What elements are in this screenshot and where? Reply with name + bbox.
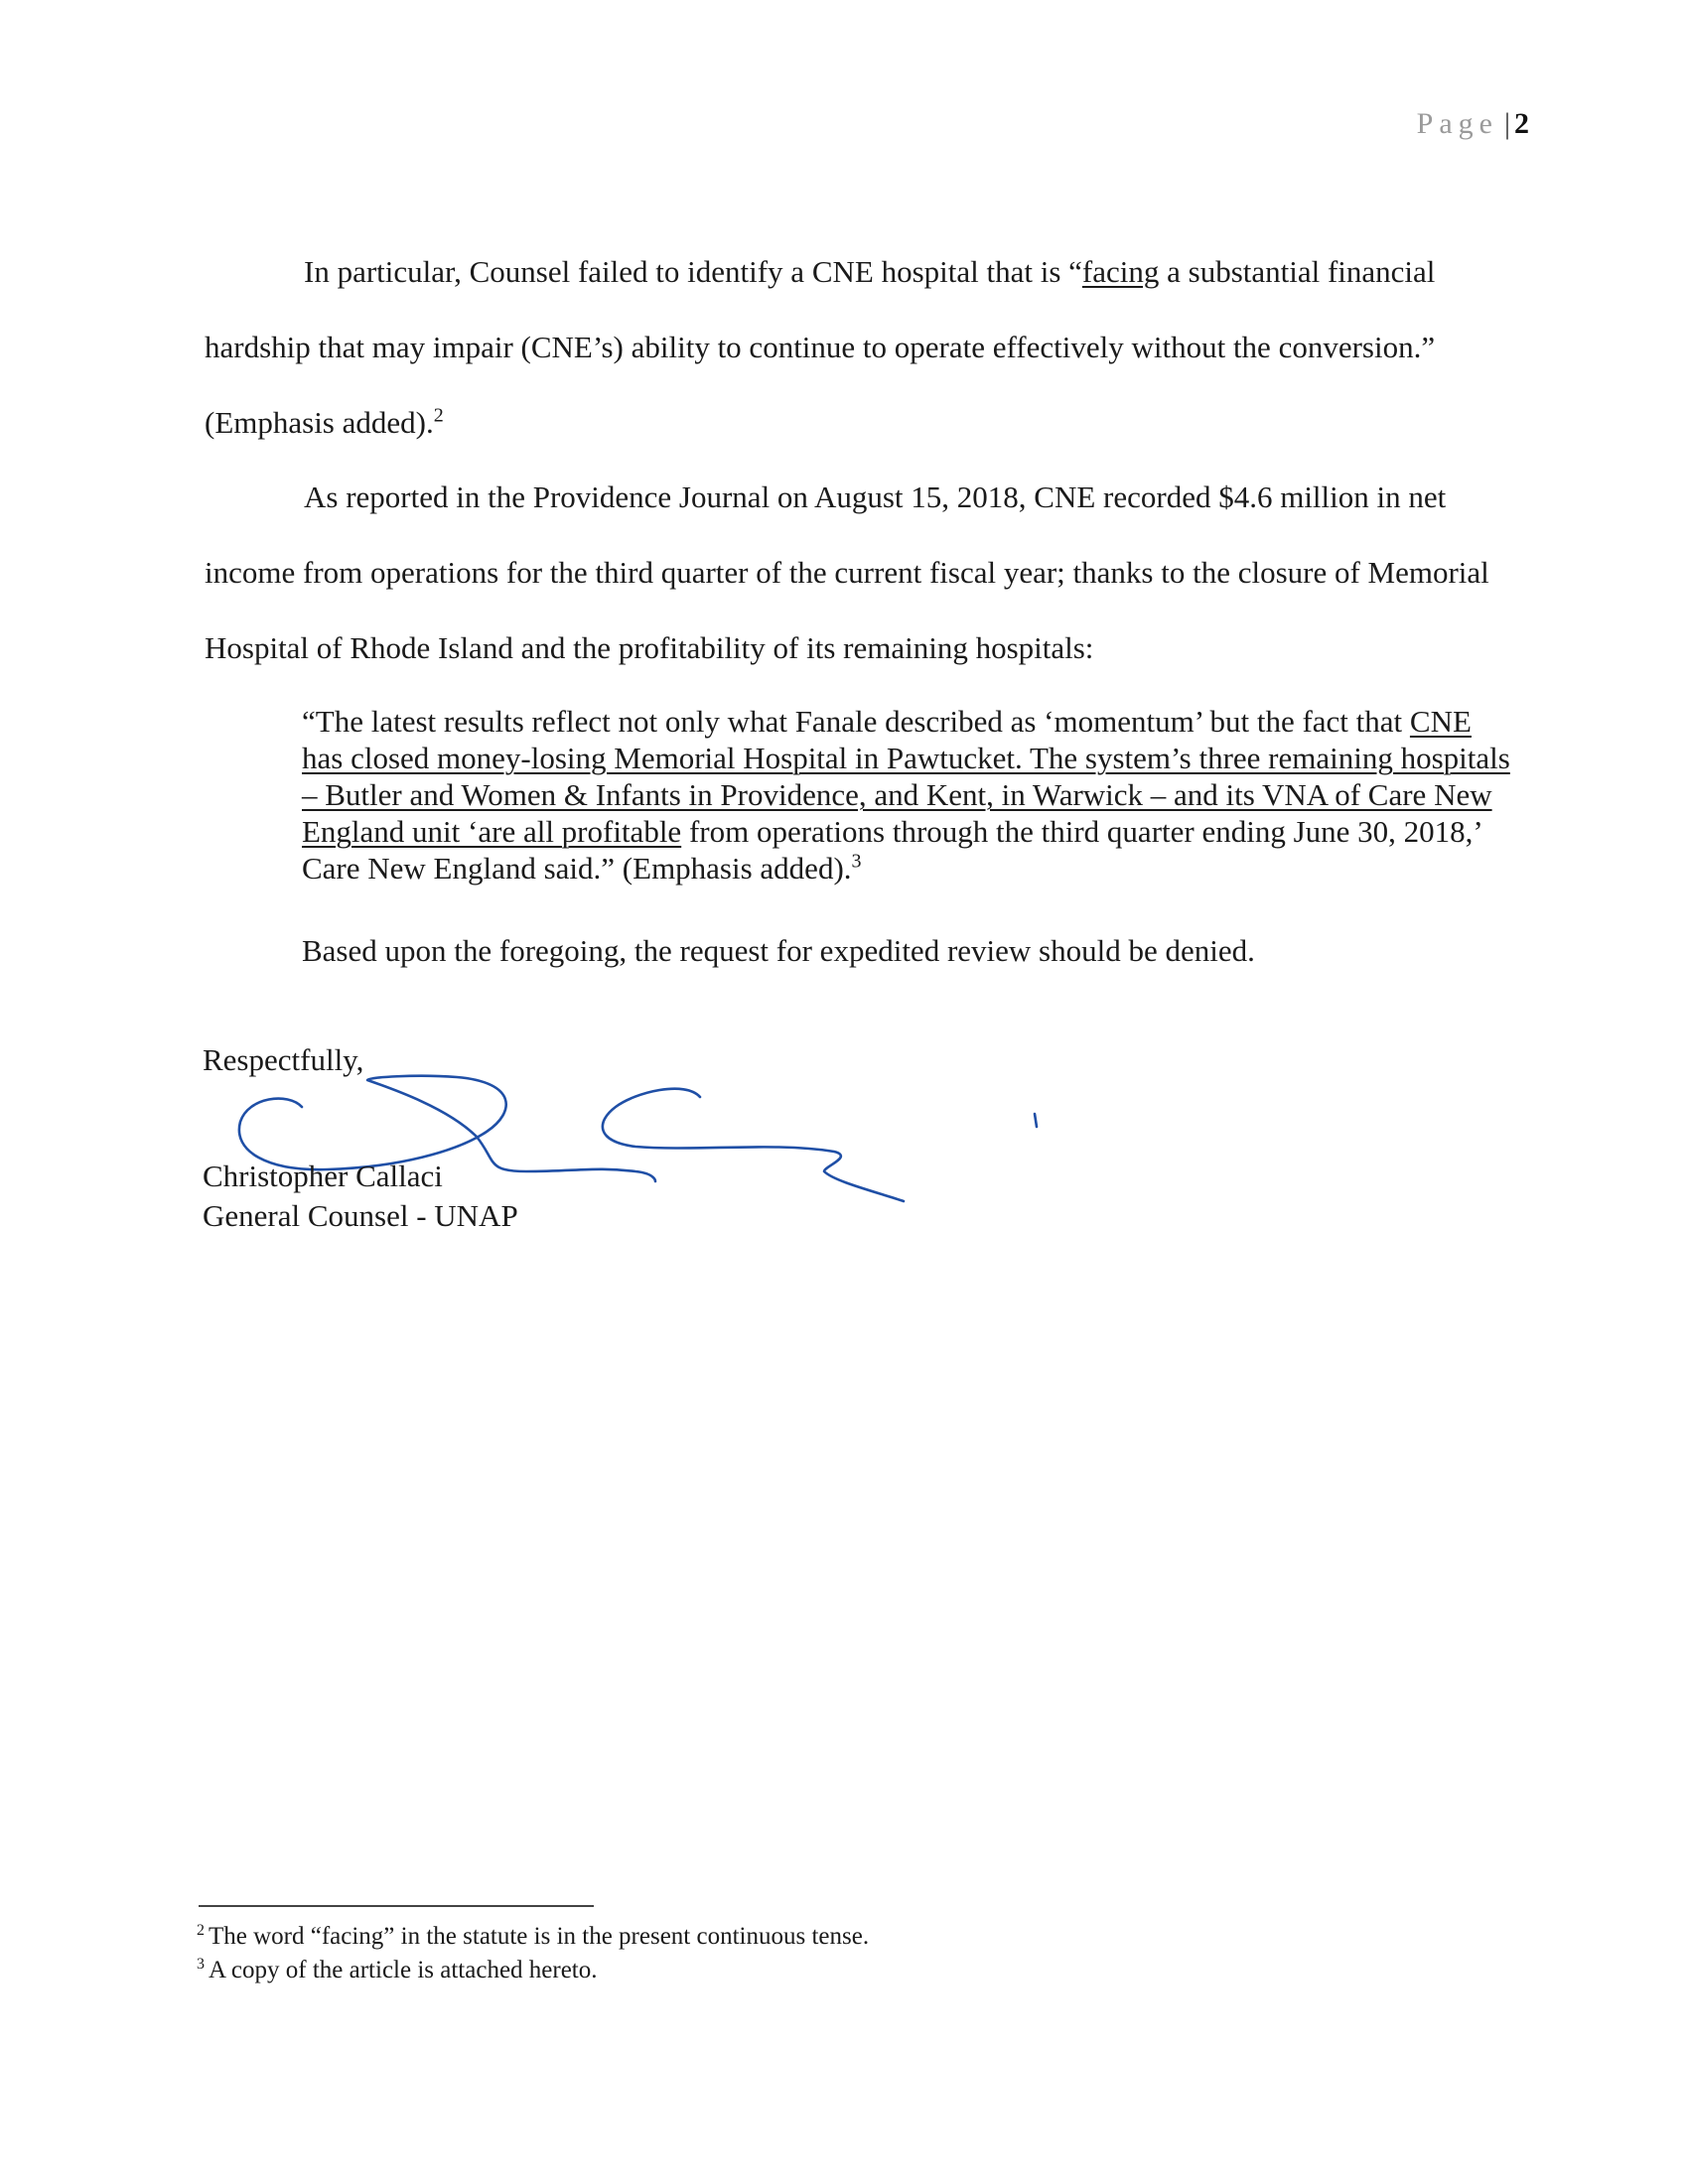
paragraph-text: In particular, Counsel failed to identif… bbox=[304, 254, 1082, 289]
quote-text: “The latest results reflect not only wha… bbox=[302, 704, 1410, 739]
footnote-divider bbox=[199, 1905, 594, 1907]
footnotes: 2The word “facing” in the statute is in … bbox=[197, 1920, 869, 1987]
footnote-text: A copy of the article is attached hereto… bbox=[209, 1957, 598, 1983]
page-number: 2 bbox=[1514, 107, 1529, 140]
signer-name: Christopher Callaci bbox=[203, 1157, 518, 1196]
signer-block: Christopher Callaci General Counsel - UN… bbox=[203, 1157, 518, 1236]
paragraph-providence-journal: As reported in the Providence Journal on… bbox=[205, 460, 1525, 686]
footnote-3: 3A copy of the article is attached heret… bbox=[197, 1954, 869, 1987]
signer-title: General Counsel - UNAP bbox=[203, 1196, 518, 1236]
conclusion-paragraph: Based upon the foregoing, the request fo… bbox=[302, 931, 1255, 971]
page-label: Page bbox=[1417, 107, 1498, 140]
block-quote: “The latest results reflect not only wha… bbox=[302, 703, 1513, 887]
footnote-2: 2The word “facing” in the statute is in … bbox=[197, 1920, 869, 1954]
footnote-text: The word “facing” in the statute is in t… bbox=[209, 1923, 869, 1950]
page-header: Page|2 bbox=[1417, 107, 1529, 141]
footnote-ref: 2 bbox=[434, 405, 444, 427]
page-separator: | bbox=[1504, 107, 1510, 140]
footnote-number: 2 bbox=[197, 1922, 205, 1939]
footnote-number: 3 bbox=[197, 1956, 205, 1973]
paragraph-facing: In particular, Counsel failed to identif… bbox=[205, 234, 1525, 461]
emphasized-word: facing bbox=[1082, 254, 1159, 289]
footnote-ref: 3 bbox=[852, 851, 862, 873]
